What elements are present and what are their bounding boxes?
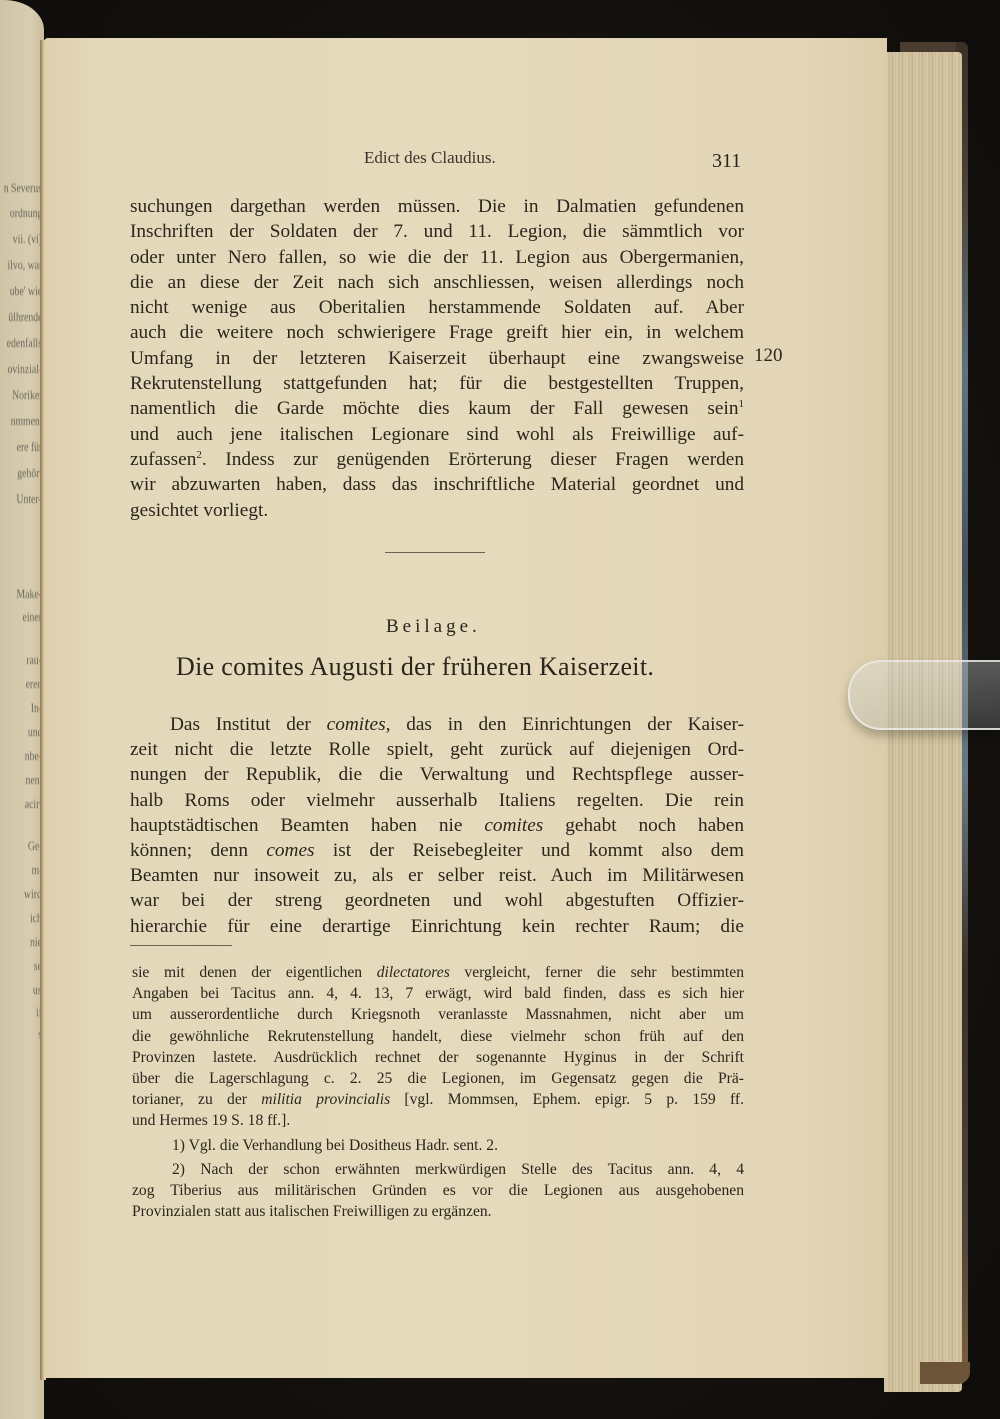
left-page-fragment: nmmen, <box>10 413 42 429</box>
text-run: das in den Einrichtungen der Kaiser- <box>390 714 744 735</box>
text-run: können; denn <box>130 840 266 861</box>
left-page-fragment: Make- <box>17 586 42 602</box>
margin-number: 120 <box>754 345 783 367</box>
italic-term: comites <box>484 815 543 836</box>
text-run: vergleicht, ferner die sehr bestimmten <box>450 964 744 981</box>
text-line: können; denn comes ist der Reisebegleite… <box>130 838 744 863</box>
section-divider <box>385 552 485 553</box>
left-page-fragment: gehört <box>17 465 42 481</box>
left-page-fragment: ube' wie <box>10 283 42 299</box>
paragraph-continued: suchungen dargethan werden müssen. Die i… <box>130 194 744 523</box>
appendix-paragraph: Das Institut der comites, das in den Ein… <box>130 712 744 939</box>
italic-term: dilectatores <box>377 964 450 981</box>
footnote-divider <box>130 945 232 946</box>
text-line: gesichtet vorliegt. <box>130 498 744 523</box>
footnote-line: torianer, zu der militia provincialis [v… <box>132 1089 744 1110</box>
footnote-line: Provinzialen statt aus italischen Freiwi… <box>132 1201 744 1222</box>
text-line: namentlich die Garde möchte dies kaum de… <box>130 396 744 421</box>
text-line: zufassen2. Indess zur genügenden Erörter… <box>130 447 744 472</box>
italic-term: comites, <box>327 714 391 735</box>
left-page-fragment: ilvo, war <box>7 257 42 273</box>
text-line: nungen der Republik, die die Verwaltung … <box>130 762 744 787</box>
text-line: nicht wenige aus Oberitalien herstammend… <box>130 295 744 320</box>
left-page-fragment: vii. (vi) <box>13 231 42 247</box>
footnote-line: und Hermes 19 S. 18 ff.]. <box>132 1110 744 1131</box>
text-line: auch die weitere noch schwierigere Frage… <box>130 320 744 345</box>
text-line: halb Roms oder vielmehr ausserhalb Itali… <box>130 788 744 813</box>
text-line: wir abzuwarten haben, dass das inschrift… <box>130 472 744 497</box>
text-run: gehabt noch haben <box>543 815 744 836</box>
footnote-line: sie mit denen der eigentlichen dilectato… <box>132 962 744 983</box>
text-line: und auch jene italischen Legionare sind … <box>130 422 744 447</box>
footnote-line: die gewöhnliche Rekrutenstellung handelt… <box>132 1026 744 1047</box>
text-line: zeit nicht die letzte Rolle spielt, geht… <box>130 737 744 762</box>
text-run: [vgl. Mommsen, Ephem. epigr. 5 p. 159 ff… <box>390 1091 744 1108</box>
text-run: Das Institut der <box>170 714 327 735</box>
footnote-line: Provinzen lastete. Ausdrücklich rechnet … <box>132 1047 744 1068</box>
left-page-fragment: ovinzial- <box>7 361 42 377</box>
appendix-label: Beilage. <box>386 616 481 638</box>
footnote-1: 1) Vgl. die Verhandlung bei Dositheus Ha… <box>132 1135 744 1156</box>
text-line: Umfang in der letzteren Kaiserzeit überh… <box>130 346 744 371</box>
book-cover-corner <box>920 1362 970 1384</box>
left-page-fragment: Noriker <box>12 387 42 403</box>
left-page-fragment: edenfalls <box>7 335 42 351</box>
text-run: sie mit denen der eigentlichen <box>132 964 377 981</box>
text-line: Inschriften der Soldaten der 7. und 11. … <box>130 219 744 244</box>
text-line: hierarchie für eine derartige Einrichtun… <box>130 914 744 939</box>
left-page-fragment: n Severus <box>4 180 42 196</box>
left-page-fragment: ülhrende <box>8 309 42 325</box>
text-line: Rekrutenstellung stattgefunden hat; für … <box>130 371 744 396</box>
italic-term: militia provincialis <box>261 1091 390 1108</box>
footnote-ref: 1 <box>739 398 745 410</box>
text-line: suchungen dargethan werden müssen. Die i… <box>130 194 744 219</box>
running-head: Edict des Claudius. <box>364 148 496 168</box>
footnotes: sie mit denen der eigentlichen dilectato… <box>132 962 744 1222</box>
text-line: hauptstädtischen Beamten haben nie comit… <box>130 813 744 838</box>
appendix-title: Die comites Augusti der früheren Kaiserz… <box>176 652 654 682</box>
left-facing-page: n Severus ordnung vii. (vi) ilvo, war ub… <box>0 0 44 1419</box>
footnote-line: um ausserordentliche durch Kriegsnoth ve… <box>132 1004 744 1025</box>
left-page-fragment: Unter- <box>17 491 42 507</box>
left-page-fragment: ere für <box>16 439 42 455</box>
text-line: oder unter Nero fallen, so wie die der 1… <box>130 245 744 270</box>
text-line-content: namentlich die Garde möchte dies kaum de… <box>130 398 739 419</box>
text-line: Das Institut der comites, das in den Ein… <box>130 712 744 737</box>
footnote-line: zog Tiberius aus militärischen Gründen e… <box>132 1180 744 1201</box>
text-line-content: . Indess zur genügenden Erörterung diese… <box>202 449 744 470</box>
text-run: ist der Reisebegleiter und kommt also de… <box>315 840 744 861</box>
footnote-line: über die Lagerschlagung c. 2. 25 die Leg… <box>132 1068 744 1089</box>
text-line: war bei der streng geordneten und wohl a… <box>130 888 744 913</box>
footnote-2: 2) Nach der schon erwähnten merkwürdigen… <box>132 1159 744 1180</box>
footnote-line: Angaben bei Tacitus ann. 4, 4. 13, 7 erw… <box>132 983 744 1004</box>
text-line: Beamten nur insoweit zu, als er selber r… <box>130 863 744 888</box>
text-line: die an diese der Zeit nach sich anschlie… <box>130 270 744 295</box>
left-page-fragment: ordnung <box>9 205 42 221</box>
page-holder-clip <box>848 660 1000 730</box>
text-run: torianer, zu der <box>132 1091 261 1108</box>
text-run: hauptstädtischen Beamten haben nie <box>130 815 484 836</box>
page-number: 311 <box>712 150 741 173</box>
italic-term: comes <box>266 840 314 861</box>
text-line-content: zufassen <box>130 449 196 470</box>
